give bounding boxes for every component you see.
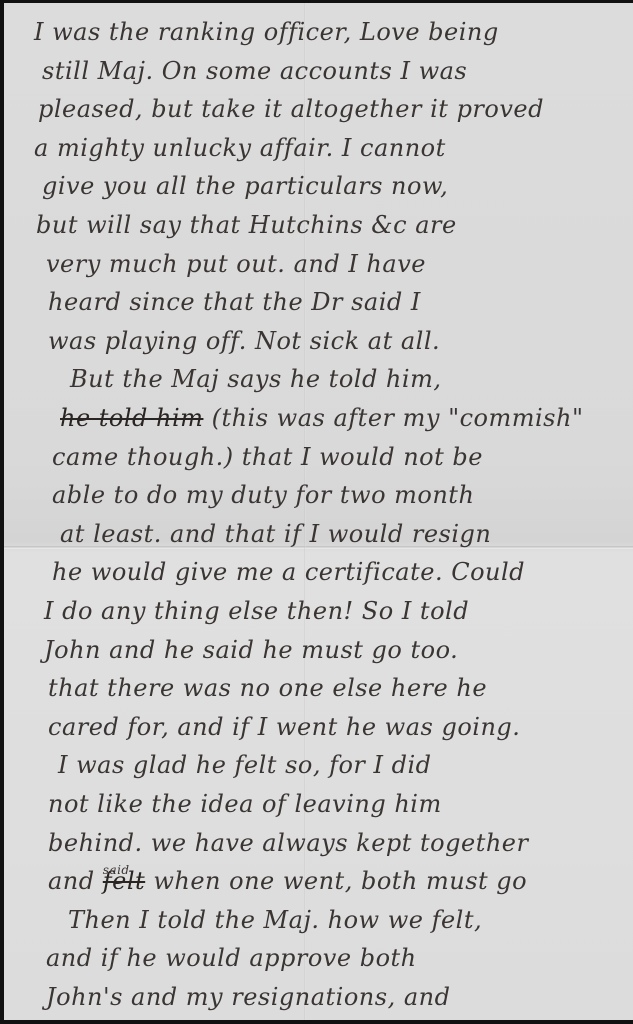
handwritten-line: John and he said he must go too. bbox=[44, 635, 633, 665]
letter-page: I was the ranking officer, Love being st… bbox=[4, 3, 633, 1020]
handwritten-line: he would give me a certificate. Could bbox=[52, 557, 633, 587]
handwritten-line: Then I told the Maj. how we felt, bbox=[68, 905, 633, 935]
handwritten-line: heard since that the Dr said I bbox=[48, 287, 633, 317]
struck-text: he told him bbox=[60, 404, 203, 432]
handwritten-line: a mighty unlucky affair. I cannot bbox=[34, 133, 633, 163]
handwritten-line: came though.) that I would not be bbox=[52, 442, 633, 472]
handwritten-line: I was glad he felt so, for I did bbox=[58, 750, 633, 780]
handwritten-line: not like the idea of leaving him bbox=[48, 789, 633, 819]
handwritten-line: but will say that Hutchins &c are bbox=[36, 210, 633, 240]
handwritten-line: still Maj. On some accounts I was bbox=[42, 56, 633, 86]
line-text: (this was after my "commish" bbox=[212, 404, 584, 432]
handwritten-line: I do any thing else then! So I told bbox=[44, 596, 633, 626]
handwritten-line: able to do my duty for two month bbox=[52, 480, 633, 510]
handwritten-line: very much put out. and I have bbox=[46, 249, 633, 279]
handwritten-line: at least. and that if I would resign bbox=[60, 519, 633, 549]
line-text: when one went, both must go bbox=[153, 867, 527, 895]
handwritten-line: pleased, but take it altogether it prove… bbox=[38, 94, 633, 124]
inserted-word: said bbox=[103, 855, 130, 885]
handwritten-line: cared for, and if I went he was going. bbox=[48, 712, 633, 742]
handwritten-line: and if he would approve both bbox=[46, 943, 633, 973]
handwritten-line: was playing off. Not sick at all. bbox=[48, 326, 633, 356]
handwritten-line: John's and my resignations, and bbox=[46, 982, 633, 1012]
handwritten-line: and said felt when one went, both must g… bbox=[48, 866, 633, 896]
handwritten-line: give you all the particulars now, bbox=[42, 171, 633, 201]
handwritten-line: behind. we have always kept together bbox=[48, 828, 633, 858]
handwritten-line: that there was no one else here he bbox=[48, 673, 633, 703]
line-text: and bbox=[48, 867, 95, 895]
handwritten-line: I was the ranking officer, Love being bbox=[34, 17, 633, 47]
handwritten-line: he told him (this was after my "commish" bbox=[60, 403, 633, 433]
handwritten-line: But the Maj says he told him, bbox=[70, 364, 633, 394]
